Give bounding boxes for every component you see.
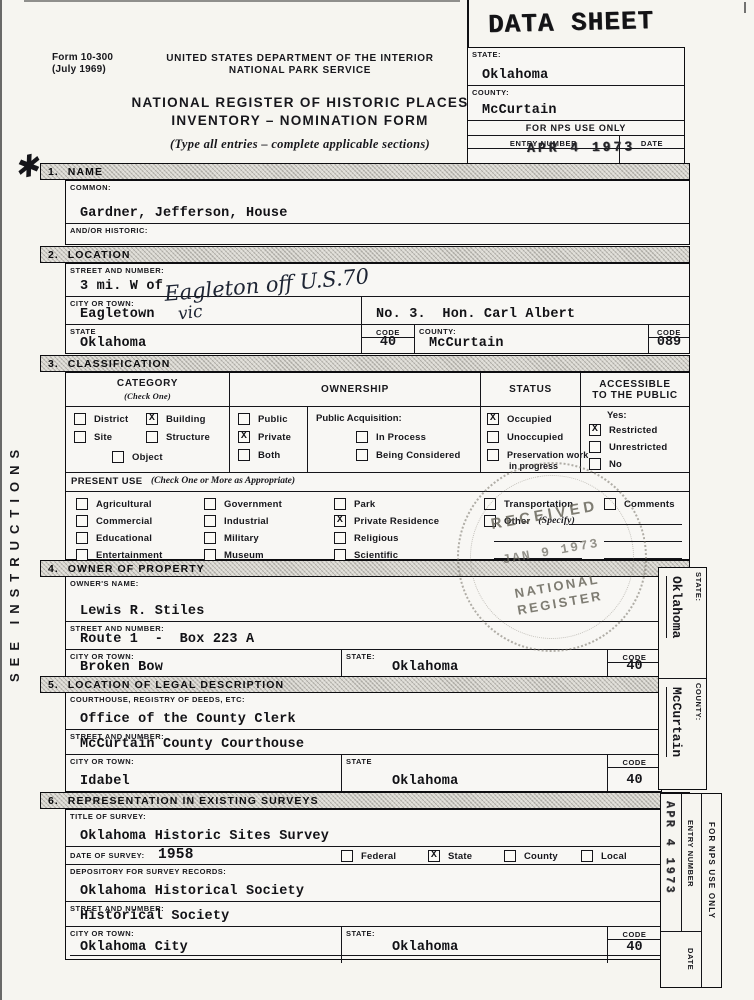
section-4-header: 4. OWNER OF PROPERTY — [40, 560, 690, 577]
section-6-title: REPRESENTATION IN EXISTING SURVEYS — [68, 795, 319, 807]
private-residence-checkbox[interactable]: X — [334, 515, 346, 527]
section-4-number: 4. — [41, 563, 68, 575]
courthouse-field: COURTHOUSE, REGISTRY OF DEEDS, ETC: Offi… — [66, 693, 661, 730]
educational-label: Educational — [96, 533, 152, 544]
building-label: Building — [166, 414, 206, 425]
section-6-body: TITLE OF SURVEY: Oklahoma Historic Sites… — [65, 809, 662, 960]
status-header: STATUS — [509, 384, 552, 395]
depository-field: DEPOSITORY FOR SURVEY RECORDS: Oklahoma … — [66, 865, 661, 902]
section-3-title: CLASSIFICATION — [68, 358, 171, 370]
object-label: Object — [132, 452, 163, 463]
nps-county-field: COUNTY: McCurtain — [468, 86, 684, 121]
survey-city-label: CITY OR TOWN: — [70, 929, 134, 938]
yes-label: Yes: — [607, 410, 627, 421]
unrestricted-label: Unrestricted — [609, 442, 667, 453]
accessible-header-line1: ACCESSIBLE — [599, 379, 670, 390]
in-process-label: In Process — [376, 432, 426, 443]
local-label: Local — [601, 851, 627, 862]
agency-line1: UNITED STATES DEPARTMENT OF THE INTERIOR — [118, 53, 482, 65]
owner-street-field: STREET AND NUMBER: Route 1 - Box 223 A — [66, 622, 661, 650]
museum-label: Museum — [224, 550, 264, 561]
courthouse-value[interactable]: Office of the County Clerk — [80, 712, 296, 727]
legal-code-value[interactable]: 40 — [608, 773, 661, 788]
park-label: Park — [354, 499, 375, 510]
military-label: Military — [224, 533, 259, 544]
category-options-cell: District XBuilding Site Structure Object — [66, 407, 230, 472]
private-residence-label: Private Residence — [354, 516, 439, 527]
owner-name-value[interactable]: Lewis R. Stiles — [80, 604, 205, 619]
comments-checkbox[interactable] — [604, 498, 616, 510]
county-checkbox[interactable] — [504, 850, 516, 862]
occupied-label: Occupied — [507, 414, 552, 425]
data-sheet-stamp: DATA SHEET — [488, 6, 655, 40]
scan-corner-tick — [744, 2, 746, 13]
nps-state-field: STATE: Oklahoma — [468, 48, 684, 86]
both-label: Both — [258, 450, 280, 461]
preservation-label: Preservation work — [507, 450, 588, 460]
type-instructions: (Type all entries – complete applicable … — [100, 137, 500, 152]
other-checkbox[interactable] — [484, 515, 496, 527]
survey-code-cell: CODE 40 — [608, 927, 661, 963]
public-checkbox[interactable] — [238, 413, 250, 425]
legal-city-cell: CITY OR TOWN: Idabel — [66, 755, 342, 791]
educational-checkbox[interactable] — [76, 532, 88, 544]
site-label: Site — [94, 432, 112, 443]
sidebar-nps-only-label: FOR NPS USE ONLY — [707, 822, 716, 919]
owner-name-label: OWNER'S NAME: — [70, 579, 139, 588]
form-number-line2: (July 1969) — [52, 64, 113, 76]
survey-title-label: TITLE OF SURVEY: — [70, 812, 146, 821]
survey-date-label: DATE OF SURVEY: — [70, 851, 145, 860]
scan-top-line — [24, 0, 460, 2]
section-3-header: 3. CLASSIFICATION — [40, 355, 690, 372]
no-checkbox[interactable] — [589, 458, 601, 470]
historic-name-field: AND/OR HISTORIC: — [66, 224, 689, 242]
commercial-checkbox[interactable] — [76, 515, 88, 527]
county-label: COUNTY: — [419, 327, 456, 336]
top-box-divider-line — [467, 0, 469, 48]
legal-state-value[interactable]: Oklahoma — [392, 774, 458, 789]
status-header-cell: STATUS — [481, 373, 581, 406]
survey-date-field: DATE OF SURVEY: 1958 Federal XState Coun… — [66, 847, 661, 865]
survey-title-field: TITLE OF SURVEY: Oklahoma Historic Sites… — [66, 810, 661, 847]
form-number-line1: Form 10-300 — [52, 52, 113, 64]
street-label: STREET AND NUMBER: — [70, 266, 164, 275]
both-checkbox[interactable] — [238, 449, 250, 461]
see-instructions-margin-text: SEE INSTRUCTIONS — [7, 366, 22, 682]
section-3-number: 3. — [41, 358, 68, 370]
restricted-label: Restricted — [609, 425, 657, 436]
legal-code-label: CODE — [608, 755, 661, 768]
legal-city-value[interactable]: Idabel — [80, 774, 130, 789]
government-checkbox[interactable] — [204, 498, 216, 510]
county-label: COUNTY: — [472, 88, 509, 97]
restricted-checkbox[interactable]: X — [589, 424, 601, 436]
being-considered-checkbox[interactable] — [356, 449, 368, 461]
section-6-header: 6. REPRESENTATION IN EXISTING SURVEYS — [40, 792, 690, 809]
section-5-number: 5. — [41, 679, 68, 691]
ownership-header: OWNERSHIP — [321, 384, 389, 395]
site-checkbox[interactable] — [74, 431, 86, 443]
in-process-checkbox[interactable] — [356, 431, 368, 443]
section-2-title: LOCATION — [68, 249, 131, 261]
county-value[interactable]: McCurtain — [429, 336, 504, 351]
present-use-grid: Agricultural Government Park Transportat… — [66, 492, 689, 562]
agency-line2: NATIONAL PARK SERVICE — [118, 65, 482, 77]
accessible-header-cell: ACCESSIBLE TO THE PUBLIC — [581, 373, 689, 406]
scientific-label: Scientific — [354, 550, 398, 561]
entry-date-stamp: APR 4 1973 — [527, 139, 635, 156]
owner-code-cell: CODE 40 — [608, 650, 661, 677]
military-checkbox[interactable] — [204, 532, 216, 544]
park-checkbox[interactable] — [334, 498, 346, 510]
sidebar-county-label: COUNTY: — [694, 683, 703, 721]
other-specify-line[interactable] — [569, 524, 682, 525]
sidebar-entry-cell: APR 4 1973 ENTRY NUMBER — [661, 794, 701, 932]
page-title-line2: INVENTORY – NOMINATION FORM — [100, 112, 500, 130]
unrestricted-checkbox[interactable] — [589, 441, 601, 453]
transportation-label: Transportation — [504, 499, 573, 510]
legal-state-label: STATE — [346, 757, 372, 766]
district-checkbox[interactable] — [74, 413, 86, 425]
district-label: District — [94, 414, 128, 425]
street-typed-value[interactable]: 3 mi. W of — [80, 279, 163, 294]
industrial-label: Industrial — [224, 516, 269, 527]
private-checkbox[interactable]: X — [238, 431, 250, 443]
state-level-label: State — [448, 851, 472, 862]
sidebar-entry-stamp: APR 4 1973 — [663, 801, 676, 895]
sidebar-state-cell: STATE: Oklahoma — [659, 568, 706, 679]
state-label: STATE: — [472, 50, 501, 59]
state-value[interactable]: Oklahoma — [80, 336, 146, 351]
section-1-body: COMMON: Gardner, Jefferson, House AND/OR… — [65, 180, 690, 245]
survey-state-label: STATE: — [346, 929, 375, 938]
state-code-value[interactable]: 40 — [362, 335, 414, 350]
common-name-label: COMMON: — [70, 183, 111, 192]
section-2-header: 2. LOCATION — [40, 246, 690, 263]
sidebar-nps-only-cell: FOR NPS USE ONLY — [701, 794, 721, 987]
industrial-checkbox[interactable] — [204, 515, 216, 527]
agricultural-label: Agricultural — [96, 499, 152, 510]
congressional-district-value[interactable]: No. 3. Hon. Carl Albert — [376, 307, 575, 322]
structure-label: Structure — [166, 432, 210, 443]
public-acquisition-label: Public Acquisition: — [316, 413, 402, 424]
county-value[interactable]: McCurtain — [482, 103, 557, 118]
preservation-checkbox[interactable] — [487, 449, 499, 461]
owner-state-label: STATE: — [346, 652, 375, 661]
owner-city-value[interactable]: Broken Bow — [80, 660, 163, 675]
comments-label: Comments — [624, 499, 675, 510]
section-1-title: NAME — [68, 166, 103, 178]
agricultural-checkbox[interactable] — [76, 498, 88, 510]
ownership-divider — [307, 407, 308, 472]
structure-checkbox[interactable] — [146, 431, 158, 443]
object-checkbox[interactable] — [112, 451, 124, 463]
ownership-options-cell: Public XPrivate Both Public Acquisition:… — [230, 407, 481, 472]
sidebar-county-cell: COUNTY: McCurtain — [659, 679, 706, 789]
no-label: No — [609, 459, 622, 470]
section-4-body: OWNER'S NAME: Lewis R. Stiles STREET AND… — [65, 576, 662, 678]
sidebar-state-county-box: STATE: Oklahoma COUNTY: McCurtain — [658, 567, 707, 790]
section-1-header: 1. NAME — [40, 163, 690, 180]
form-number: Form 10-300 (July 1969) — [52, 52, 113, 76]
survey-state-cell: STATE: Oklahoma — [342, 927, 608, 963]
owner-state-value[interactable]: Oklahoma — [392, 660, 458, 675]
section-2-body: STREET AND NUMBER: 3 mi. W of Eagleton o… — [65, 263, 690, 354]
street-field: STREET AND NUMBER: 3 mi. W of Eagleton o… — [66, 264, 689, 297]
state-cell: STATE Oklahoma — [66, 325, 362, 353]
sidebar-entry-label: ENTRY NUMBER — [686, 820, 695, 887]
commercial-label: Commercial — [96, 516, 152, 527]
owner-code-value[interactable]: 40 — [608, 659, 661, 674]
courthouse-label: COURTHOUSE, REGISTRY OF DEEDS, ETC: — [70, 695, 245, 704]
survey-date-value[interactable]: 1958 — [158, 847, 194, 863]
city-value[interactable]: Eagletown — [80, 307, 155, 322]
legal-city-label: CITY OR TOWN: — [70, 757, 134, 766]
legal-state-cell: STATE Oklahoma — [342, 755, 608, 791]
category-header: CATEGORY — [117, 378, 178, 389]
blank-write-line[interactable] — [494, 541, 582, 542]
other-label: Other — [504, 516, 530, 527]
state-code-cell: CODE 40 — [362, 325, 415, 353]
blank-write-line[interactable] — [604, 541, 682, 542]
section-4-title: OWNER OF PROPERTY — [68, 563, 205, 575]
congressional-district-cell: No. 3. Hon. Carl Albert — [362, 297, 689, 324]
owner-city-cell: CITY OR TOWN: Broken Bow — [66, 650, 342, 677]
present-use-subnote: (Check One or More as Appropriate) — [151, 476, 295, 486]
religious-label: Religious — [354, 533, 399, 544]
survey-title-value[interactable]: Oklahoma Historic Sites Survey — [80, 829, 329, 844]
city-handwritten-vic: vic — [177, 302, 204, 325]
depository-value[interactable]: Oklahoma Historical Society — [80, 884, 304, 899]
sidebar-nps-box: APR 4 1973 ENTRY NUMBER DATE FOR NPS USE… — [660, 793, 722, 988]
blank-write-line[interactable] — [494, 558, 582, 559]
status-options-cell: XOccupied Unoccupied Preservation work i… — [481, 407, 581, 472]
write-line — [608, 955, 661, 956]
county-cell: COUNTY: McCurtain — [415, 325, 649, 353]
public-label: Public — [258, 414, 288, 425]
sidebar-state-label: STATE: — [694, 572, 703, 602]
state-value[interactable]: Oklahoma — [482, 68, 548, 83]
write-line — [70, 955, 341, 956]
handwritten-star-mark: ✱ — [11, 148, 43, 187]
historic-name-label: AND/OR HISTORIC: — [70, 226, 148, 235]
county-level-label: County — [524, 851, 558, 862]
survey-code-value[interactable]: 40 — [608, 940, 661, 955]
survey-city-cell: CITY OR TOWN: Oklahoma City — [66, 927, 342, 963]
legal-street-value[interactable]: McCurtain County Courthouse — [80, 737, 304, 752]
accessible-options-cell: Yes: XRestricted Unrestricted No — [581, 407, 689, 472]
building-checkbox[interactable]: X — [146, 413, 158, 425]
depository-label: DEPOSITORY FOR SURVEY RECORDS: — [70, 867, 226, 876]
section-6-number: 6. — [41, 795, 68, 807]
ownership-header-cell: OWNERSHIP — [230, 373, 481, 406]
legal-street-field: STREET AND NUMBER: McCurtain County Cour… — [66, 730, 661, 755]
section-1-number: 1. — [41, 166, 68, 178]
religious-checkbox[interactable] — [334, 532, 346, 544]
government-label: Government — [224, 499, 282, 510]
federal-checkbox[interactable] — [341, 850, 353, 862]
sidebar-state-value[interactable]: Oklahoma — [666, 576, 684, 638]
sidebar-county-value[interactable]: McCurtain — [666, 687, 684, 757]
survey-city-value[interactable]: Oklahoma City — [80, 940, 188, 955]
federal-label: Federal — [361, 851, 396, 862]
private-label: Private — [258, 432, 291, 443]
agency-header: UNITED STATES DEPARTMENT OF THE INTERIOR… — [118, 53, 482, 77]
category-header-cell: CATEGORY (Check One) — [66, 373, 230, 406]
section-3-body: CATEGORY (Check One) OWNERSHIP STATUS AC… — [65, 372, 690, 560]
for-nps-use-only-header: FOR NPS USE ONLY — [468, 121, 684, 136]
occupied-checkbox[interactable]: X — [487, 413, 499, 425]
category-subheader: (Check One) — [124, 391, 171, 401]
state-checkbox[interactable]: X — [428, 850, 440, 862]
sidebar-date-cell: DATE — [661, 932, 701, 988]
entertainment-label: Entertainment — [96, 550, 162, 561]
preservation-label-line2: in progress — [509, 461, 558, 471]
survey-street-value[interactable]: Historical Society — [80, 909, 229, 924]
section-2-number: 2. — [41, 249, 68, 261]
common-name-value[interactable]: Gardner, Jefferson, House — [80, 206, 288, 221]
transportation-checkbox[interactable] — [484, 498, 496, 510]
local-checkbox[interactable] — [581, 850, 593, 862]
state-label: STATE — [70, 327, 96, 336]
page-title: NATIONAL REGISTER OF HISTORIC PLACES INV… — [100, 94, 500, 130]
section-5-title: LOCATION OF LEGAL DESCRIPTION — [68, 679, 284, 691]
common-name-field: COMMON: Gardner, Jefferson, House — [66, 181, 689, 224]
section-5-body: COURTHOUSE, REGISTRY OF DEEDS, ETC: Offi… — [65, 692, 662, 792]
owner-name-field: OWNER'S NAME: Lewis R. Stiles — [66, 577, 661, 622]
being-considered-label: Being Considered — [376, 450, 461, 461]
owner-street-value[interactable]: Route 1 - Box 223 A — [80, 632, 254, 647]
legal-code-cell: CODE 40 — [608, 755, 661, 791]
survey-street-field: STREET AND NUMBER: Historical Society — [66, 902, 661, 927]
sidebar-date-label: DATE — [686, 948, 695, 970]
write-line — [342, 955, 607, 956]
section-5-header: 5. LOCATION OF LEGAL DESCRIPTION — [40, 676, 690, 693]
unoccupied-checkbox[interactable] — [487, 431, 499, 443]
blank-write-line[interactable] — [604, 558, 682, 559]
county-code-value[interactable]: 089 — [649, 335, 689, 350]
sidebar-entry-divider — [681, 794, 682, 931]
page-title-line1: NATIONAL REGISTER OF HISTORIC PLACES — [100, 94, 500, 112]
present-use-label: PRESENT USE — [71, 476, 142, 487]
survey-state-value[interactable]: Oklahoma — [392, 940, 458, 955]
present-use-header-row: PRESENT USE (Check One or More as Approp… — [66, 473, 689, 492]
owner-state-cell: STATE: Oklahoma — [342, 650, 608, 677]
sidebar-entry-date-block: APR 4 1973 ENTRY NUMBER DATE — [661, 794, 701, 987]
survey-code-label: CODE — [608, 927, 661, 940]
unoccupied-label: Unoccupied — [507, 432, 563, 443]
accessible-header-line2: TO THE PUBLIC — [592, 390, 678, 401]
scan-edge-line — [0, 0, 2, 1000]
county-code-cell: CODE 089 — [649, 325, 689, 353]
